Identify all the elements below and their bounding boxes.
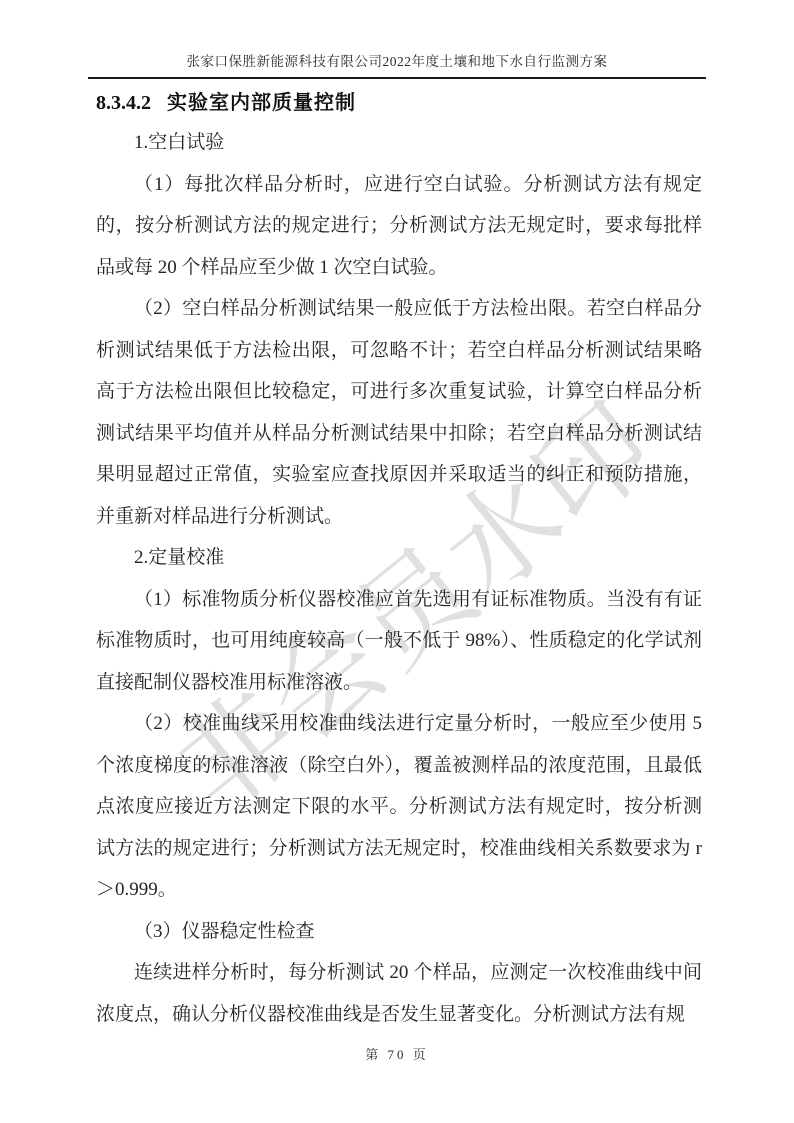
page-number-label: 第 70 页: [365, 1047, 429, 1062]
content-layer: 张家口保胜新能源科技有限公司2022年度土壤和地下水自行监测方案 8.3.4.2…: [0, 0, 794, 1123]
paragraph-calibration-item2: （2）校准曲线采用校准曲线法进行定量分析时，一般应至少使用 5 个浓度梯度的标准…: [96, 703, 702, 911]
document-body: 1.空白试验 （1）每批次样品分析时，应进行空白试验。分析测试方法有规定的，按分…: [96, 122, 702, 1035]
header-title: 张家口保胜新能源科技有限公司2022年度土壤和地下水自行监测方案: [187, 54, 608, 69]
paragraph-blank-test-item2: （2）空白样品分析测试结果一般应低于方法检出限。若空白样品分析测试结果低于方法检…: [96, 288, 702, 537]
paragraph-blank-test-heading: 1.空白试验: [96, 122, 702, 164]
section-number: 8.3.4.2: [96, 92, 151, 114]
section-title: 实验室内部质量控制: [167, 92, 356, 114]
paragraph-calibration-heading: 2.定量校准: [96, 537, 702, 579]
paragraph-stability-check-heading: （3）仪器稳定性检查: [96, 911, 702, 953]
document-page: 非会员水印 张家口保胜新能源科技有限公司2022年度土壤和地下水自行监测方案 8…: [0, 0, 794, 1123]
page-header: 张家口保胜新能源科技有限公司2022年度土壤和地下水自行监测方案: [88, 50, 706, 79]
paragraph-calibration-item1: （1）标准物质分析仪器校准应首先选用有证标准物质。当没有有证标准物质时，也可用纯…: [96, 579, 702, 704]
paragraph-blank-test-item1: （1）每批次样品分析时，应进行空白试验。分析测试方法有规定的，按分析测试方法的规…: [96, 164, 702, 289]
paragraph-stability-check-body: 连续进样分析时，每分析测试 20 个样品，应测定一次校准曲线中间浓度点，确认分析…: [96, 952, 702, 1035]
section-heading: 8.3.4.2 实验室内部质量控制: [96, 86, 356, 115]
page-footer: 第 70 页: [88, 1044, 706, 1063]
